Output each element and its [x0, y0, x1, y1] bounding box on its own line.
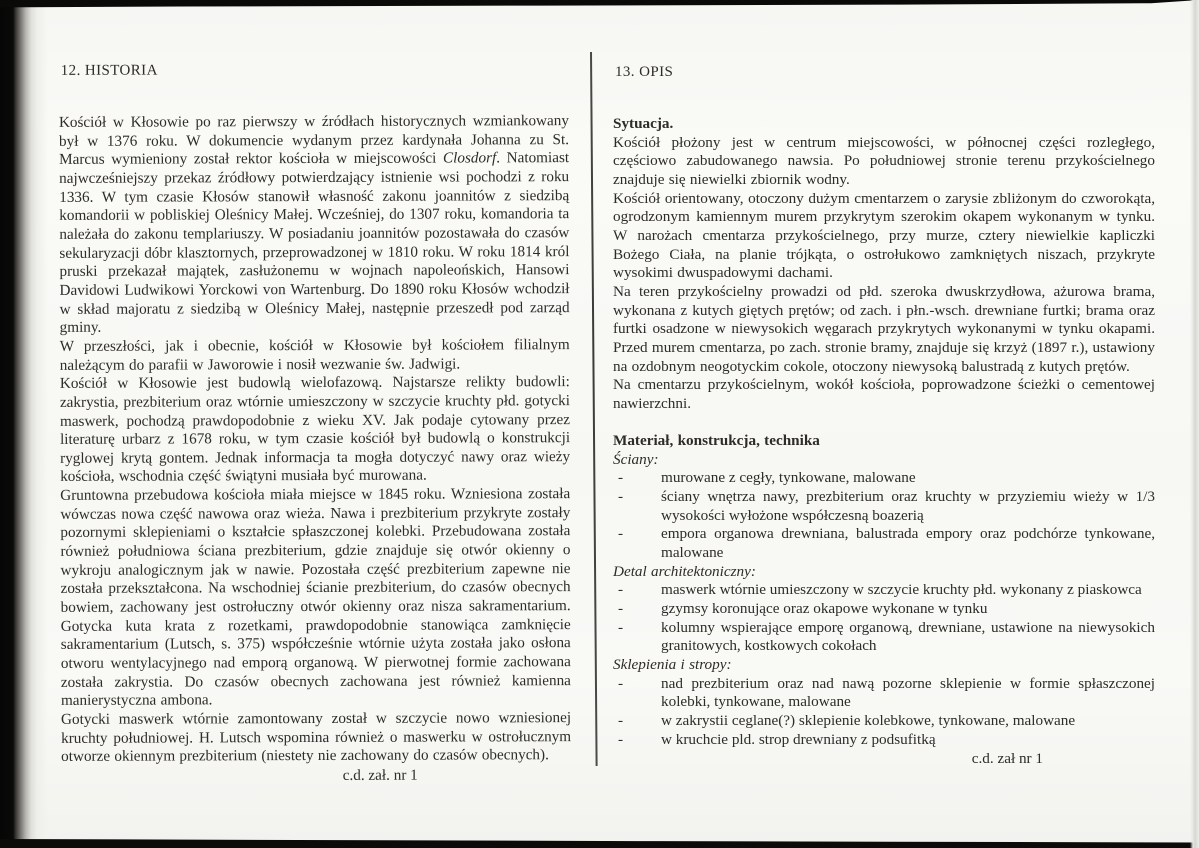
historia-paragraph-3: Kościół w Kłosowie jest budowlą wielofaz…: [60, 373, 570, 487]
list-item-text: kolumny wspierające emporę organową, dre…: [661, 619, 1155, 656]
scanned-document-page: { "document": { "bullet_char": "-", "lef…: [0, 0, 1199, 848]
blank-line: [613, 414, 1155, 433]
bullet-dash: -: [613, 712, 661, 731]
scan-edge-right: [1190, 0, 1199, 848]
list-item: - nad prezbiterium oraz nad nawą pozorne…: [613, 675, 1155, 712]
bullet-dash: -: [613, 469, 661, 488]
bullet-dash: -: [613, 675, 661, 712]
continuation-note-left: c.d. zał. nr 1: [125, 766, 635, 786]
opis-body: Sytuacja. Kościół płożony jest w centrum…: [613, 115, 1155, 749]
list-item-text: empora organowa drewniana, balustrada em…: [661, 525, 1155, 562]
label-detal-architektoniczny: Detal architektoniczny:: [613, 563, 1155, 582]
list-item: - empora organowa drewniana, balustrada …: [613, 525, 1155, 562]
sytuacja-paragraph-3: Na teren przykościelny prowadzi od płd. …: [613, 283, 1155, 376]
sytuacja-paragraph-1: Kościół płożony jest w centrum miejscowo…: [613, 134, 1155, 190]
historia-body: Kościół w Kłosowie po raz pierwszy w źró…: [59, 112, 571, 767]
list-item-text: nad prezbiterium oraz nad nawą pozorne s…: [661, 675, 1155, 712]
list-item: - ściany wnętrza nawy, prezbiterium oraz…: [613, 488, 1155, 525]
historia-paragraph-4: Gruntowna przebudowa kościoła miała miej…: [60, 485, 571, 711]
list-item: - maswerk wtórnie umieszczony w szczycie…: [613, 581, 1155, 600]
list-item: - kolumny wspierające emporę organową, d…: [613, 619, 1155, 656]
bullet-dash: -: [613, 600, 661, 619]
historia-paragraph-1-continuation: . Natomiast najwcześniejszy przekaz źród…: [59, 149, 570, 336]
historia-paragraph-1: Kościół w Kłosowie po raz pierwszy w źró…: [59, 112, 570, 338]
column-historia: 12. HISTORIA Kościół w Kłosowie po raz p…: [59, 61, 572, 786]
list-item: - w zakrystii ceglane(?) sklepienie kole…: [613, 712, 1155, 731]
label-sciany: Ściany:: [613, 451, 1155, 470]
list-item: - w kruchcie pld. strop drewniany z pods…: [613, 731, 1155, 750]
historia-paragraph-5: Gotycki maswerk wtórnie zamontowany zost…: [61, 709, 571, 767]
place-name-closdorf: Closdorf: [443, 150, 496, 167]
column-divider: [590, 52, 598, 766]
bullet-dash: -: [613, 619, 661, 656]
historia-paragraph-2: W przeszłości, jak i obecnie, kościół w …: [60, 336, 570, 375]
sytuacja-paragraph-4: Na cmentarzu przykościelnym, wokół kości…: [613, 376, 1155, 413]
subsection-title-sytuacja: Sytuacja.: [613, 115, 1155, 134]
section-heading-opis: 13. OPIS: [615, 64, 1155, 81]
bullet-dash: -: [613, 581, 661, 600]
list-item-text: murowane z cegły, tynkowane, malowane: [661, 469, 1155, 488]
list-item-text: maswerk wtórnie umieszczony w szczycie k…: [661, 581, 1155, 600]
section-heading-historia: 12. HISTORIA: [61, 61, 569, 80]
label-sklepienia-i-stropy: Sklepienia i stropy:: [613, 656, 1155, 675]
scan-edge-top: [0, 0, 1199, 8]
scan-edge-bottom: [0, 837, 1199, 848]
scan-edge-left: [0, 0, 48, 848]
sytuacja-paragraph-2: Kościół orientowany, otoczony dużym cmen…: [613, 190, 1155, 283]
list-item-text: ściany wnętrza nawy, prezbiterium oraz k…: [661, 488, 1155, 525]
column-opis: 13. OPIS Sytuacja. Kościół płożony jest …: [613, 64, 1155, 769]
subsection-title-material: Materiał, konstrukcja, technika: [613, 432, 1155, 451]
bullet-dash: -: [613, 525, 661, 562]
continuation-note-right: c.d. zał nr 1: [613, 750, 1155, 769]
bullet-dash: -: [613, 488, 661, 525]
list-item: - murowane z cegły, tynkowane, malowane: [613, 469, 1155, 488]
bullet-dash: -: [613, 731, 661, 750]
list-item-text: w kruchcie pld. strop drewniany z podsuf…: [661, 731, 1155, 750]
list-item-text: w zakrystii ceglane(?) sklepienie kolebk…: [661, 712, 1155, 731]
list-item-text: gzymsy koronujące oraz okapowe wykonane …: [661, 600, 1155, 619]
list-item: - gzymsy koronujące oraz okapowe wykonan…: [613, 600, 1155, 619]
